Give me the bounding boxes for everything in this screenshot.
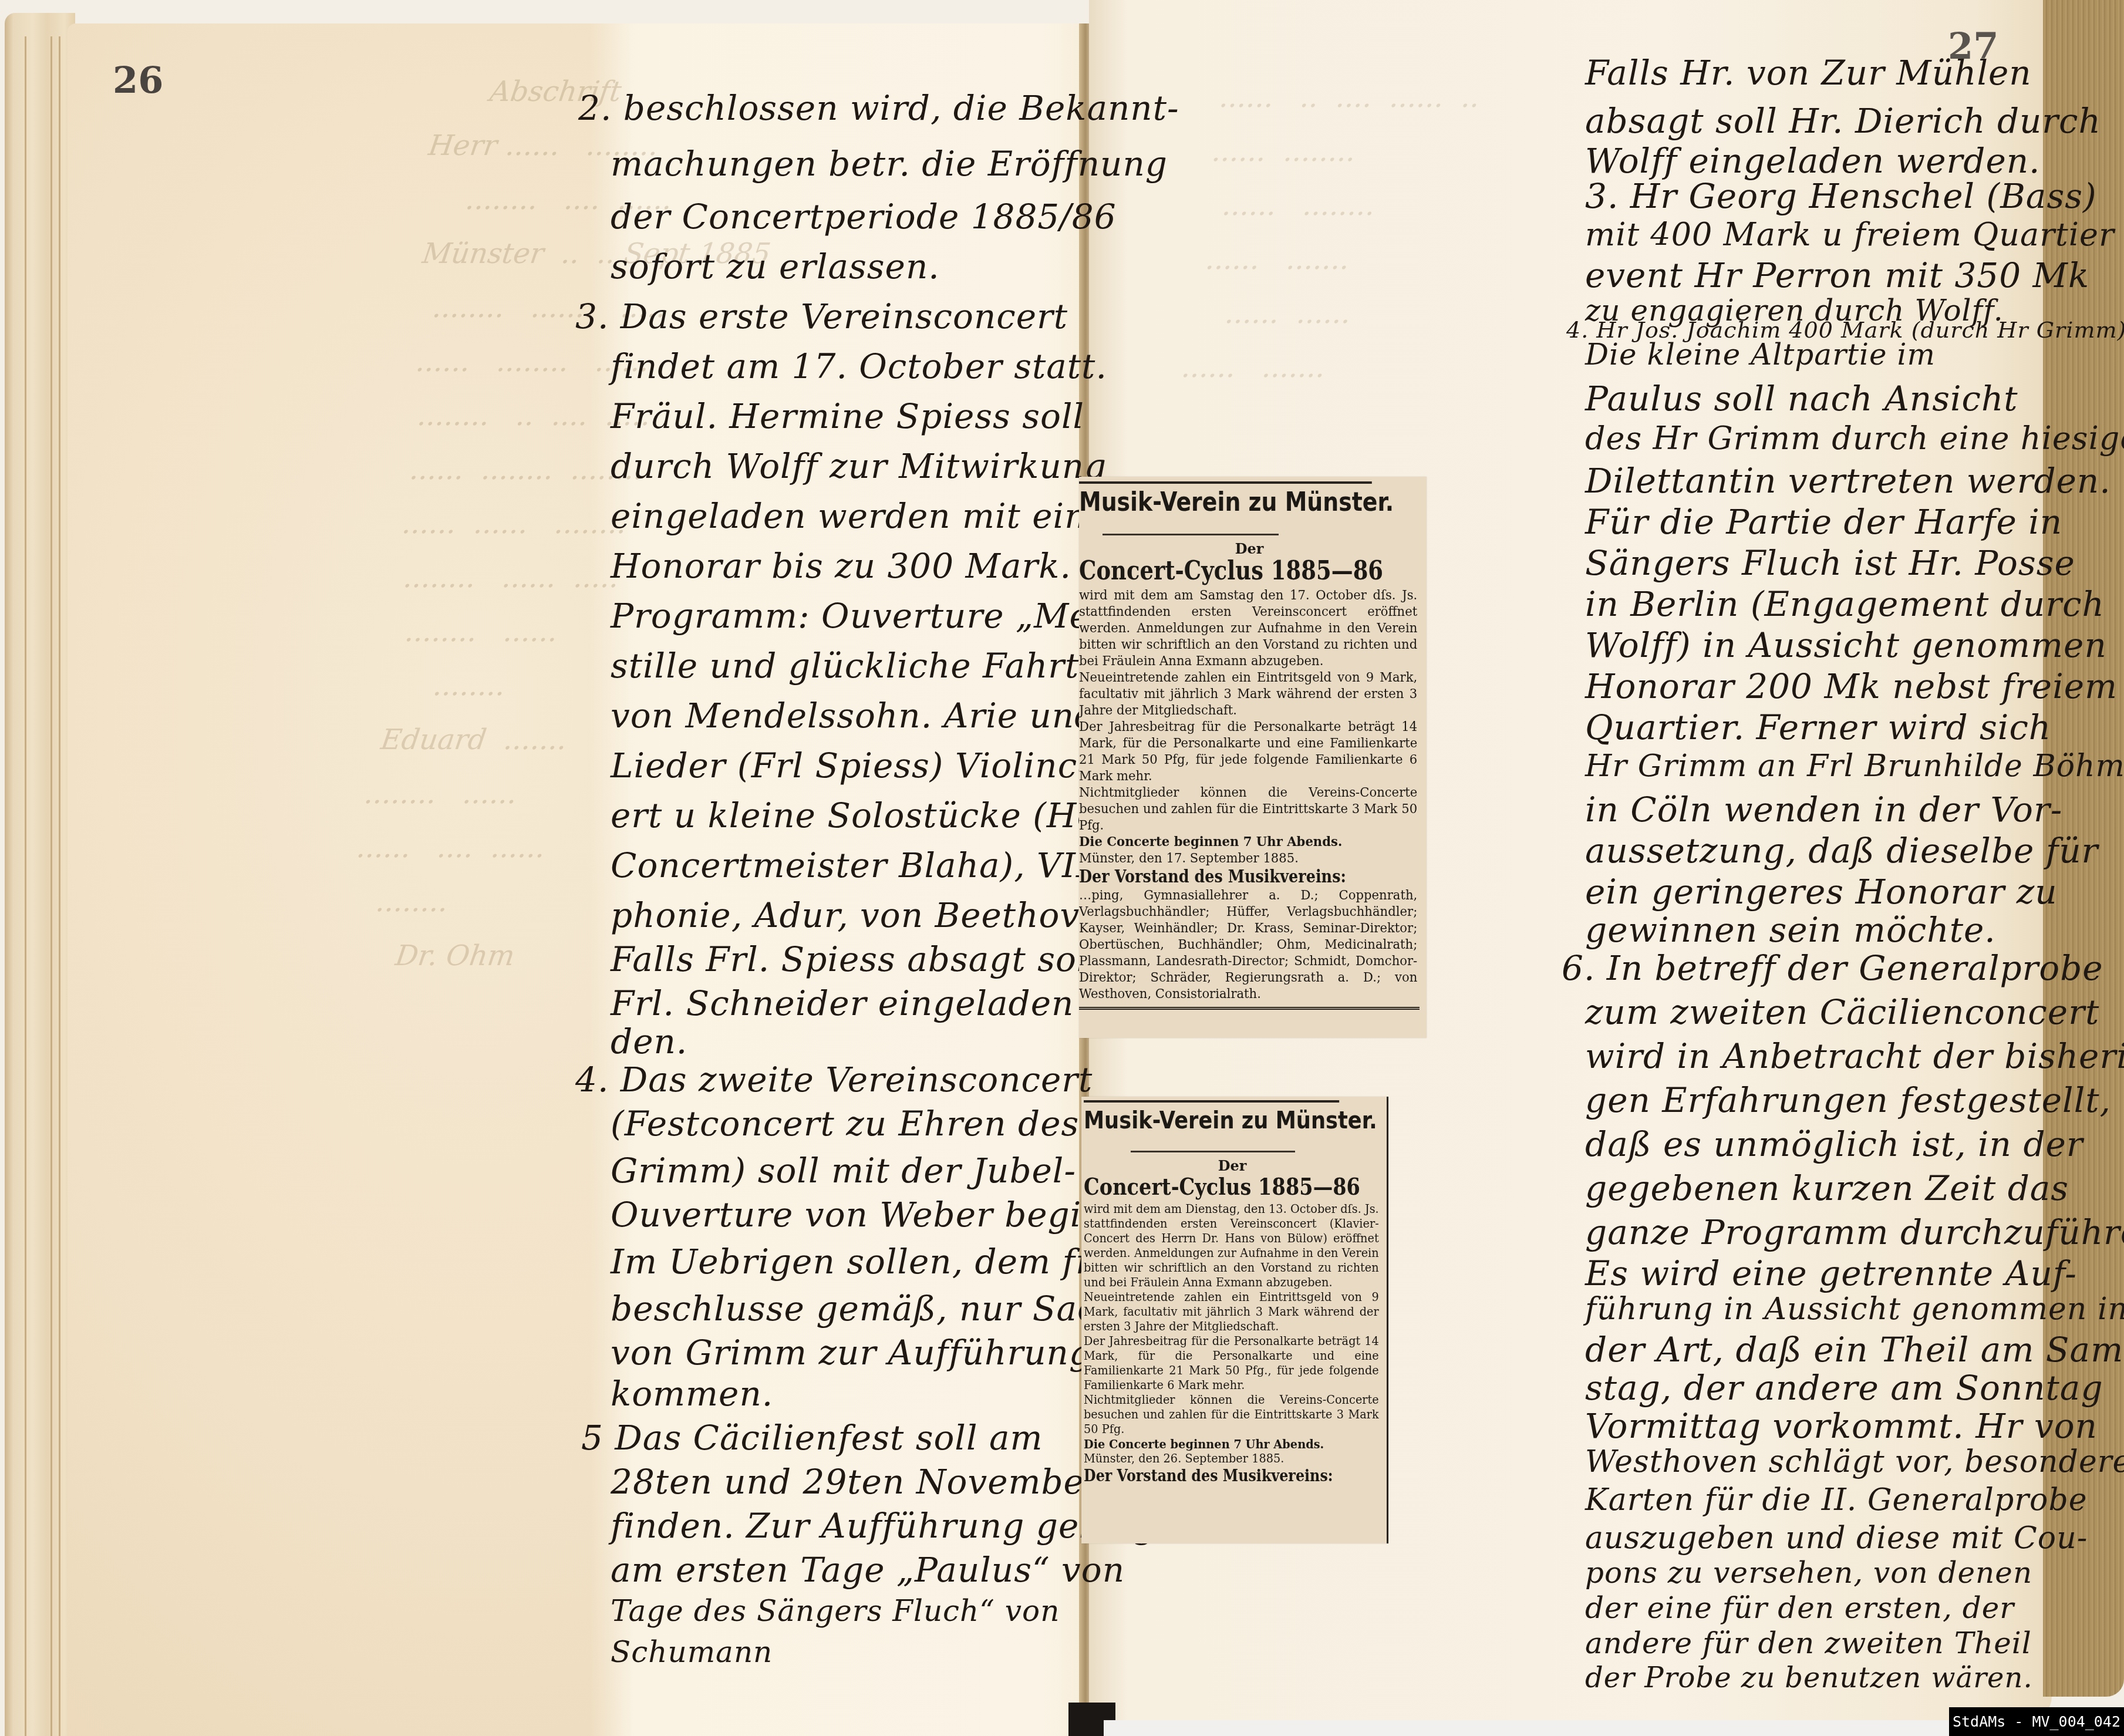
handwritten-line: kommen.: [611, 1374, 773, 1414]
handwritten-line: gewinnen sein möchte.: [1585, 910, 1996, 950]
clipping-paragraph: Nichtmitglieder können die Vereins-Conce…: [1079, 784, 1417, 834]
handwritten-line: beschlusse gemäß, nur Sachen: [611, 1289, 1163, 1329]
handwritten-line: von Grimm zur Aufführung: [611, 1333, 1091, 1373]
handwritten-line: 4. Das zweite Vereinsconcert: [575, 1060, 1093, 1100]
handwritten-line: Wolff eingeladen werden.: [1585, 141, 2041, 181]
handwritten-line: Quartier. Ferner wird sich: [1585, 707, 2051, 747]
handwritten-line: Grimm) soll mit der Jubel-: [611, 1151, 1076, 1191]
handwritten-line: Fräul. Hermine Spiess soll: [611, 396, 1084, 436]
clipping-paragraph: Neueintretende zahlen ein Eintrittsgeld …: [1084, 1290, 1379, 1334]
clipping-der: Der: [1079, 540, 1420, 557]
handwritten-line: am ersten Tage „Paulus“ von: [611, 1550, 1125, 1590]
clipping-paragraph: wird mit dem am Dienstag, den 13. Octobe…: [1084, 1202, 1379, 1290]
clipping-paragraph: Die Concerte beginnen 7 Uhr Abends.: [1084, 1437, 1379, 1451]
clipping-paragraph: Der Jahresbeitrag für die Personalkarte …: [1079, 719, 1417, 784]
handwritten-line: mit 400 Mark u freiem Quartier: [1585, 216, 2115, 253]
handwritten-line: Für die Partie der Harfe in: [1585, 502, 2062, 542]
clipping-paragraph: wird mit dem am Samstag den 17. October …: [1079, 587, 1417, 669]
clipping-der: Der: [1084, 1157, 1381, 1174]
handwritten-line: Wolff) in Aussicht genommen: [1585, 625, 2107, 665]
clipping-date: Münster, den 26. September 1885.: [1084, 1451, 1379, 1466]
clipping-signatories: …ping, Gymnasiallehrer a. D.; Coppenrath…: [1079, 887, 1417, 1002]
handwritten-line: Paulus soll nach Ansicht: [1585, 379, 2018, 419]
handwritten-line: zum zweiten Cäcilienconcert: [1585, 992, 2099, 1032]
handwritten-line: 3. Hr Georg Henschel (Bass): [1585, 176, 2097, 216]
clipping-paragraph: Neueintretende zahlen ein Eintritsgeld v…: [1079, 669, 1417, 719]
handwritten-line: Karten für die II. Generalprobe: [1585, 1482, 2087, 1518]
handwritten-line: stag, der andere am Sonntag: [1585, 1368, 2103, 1408]
handwritten-line: Sängers Fluch ist Hr. Posse: [1585, 543, 2075, 583]
handwritten-line: absagt soll Hr. Dierich durch: [1585, 101, 2101, 141]
handwritten-line: event Hr Perron mit 350 Mk: [1585, 255, 2089, 295]
left-page-stack-edge: [5, 13, 75, 1736]
handwritten-line: aussetzung, daß dieselbe für: [1585, 831, 2098, 871]
handwritten-line: stille und glückliche Fahrt“: [611, 646, 1097, 686]
clipping-signature-head: Der Vorstand des Musikvereins:: [1084, 1466, 1336, 1485]
handwritten-line: Vormittag vorkommt. Hr von: [1585, 1406, 2098, 1446]
handwritten-line: eingeladen werden mit einem: [611, 496, 1141, 536]
handwritten-line: der Art, daß ein Theil am Sam-: [1585, 1330, 2124, 1370]
clipping-header: Musik-Verein zu Münster.: [1084, 1100, 1339, 1134]
handwritten-line: phonie, Adur, von Beethoven: [611, 895, 1123, 935]
clipping-title: Concert-Cyclus 1885—86: [1084, 1173, 1333, 1201]
handwritten-line: Es wird eine getrennte Auf-: [1585, 1253, 2077, 1293]
open-ledger-book: Abschrift Herr ...... ........ ........ …: [0, 0, 2124, 1736]
clipping-header: Musik-Verein zu Münster.: [1079, 481, 1372, 517]
handwritten-line: 3. Das erste Vereinsconcert: [575, 296, 1068, 336]
handwritten-line: Honorar bis zu 300 Mark.: [611, 546, 1071, 586]
handwritten-line: machungen betr. die Eröffnung: [611, 144, 1168, 184]
handwritten-line: findet am 17. October statt.: [611, 346, 1107, 386]
clipping-paragraph: Die Concerte beginnen 7 Uhr Abends.: [1079, 834, 1417, 850]
handwritten-line: 2. beschlossen wird, die Bekannt-: [578, 88, 1179, 128]
newspaper-clipping-1: Musik-Verein zu Münster. Der Concert-Cyc…: [1079, 477, 1427, 1038]
page-number-left: 26: [113, 59, 163, 102]
clipping-date: Münster, den 17. September 1885.: [1079, 850, 1417, 867]
handwritten-line: des Hr Grimm durch eine hiesige: [1585, 420, 2124, 457]
handwritten-line: wird in Anbetracht der bisheri-: [1585, 1036, 2124, 1076]
handwritten-line: in Berlin (Engagement durch: [1585, 584, 2105, 624]
handwritten-line: der Concertperiode 1885/86: [611, 197, 1117, 237]
handwritten-line: gegebenen kurzen Zeit das: [1585, 1168, 2069, 1208]
handwritten-line: den.: [611, 1022, 687, 1061]
handwritten-line: pons zu versehen, von denen: [1585, 1556, 2032, 1590]
ornament-divider: [1103, 525, 1279, 535]
handwritten-line: auszugeben und diese mit Cou-: [1585, 1521, 2088, 1556]
handwritten-line: von Mendelssohn. Arie und: [611, 696, 1097, 736]
handwritten-line: ein geringeres Honorar zu: [1585, 872, 2058, 912]
archive-watermark: StdAMs - MV_004_042: [1949, 1707, 2124, 1736]
handwritten-line: Die kleine Altpartie im: [1585, 338, 1936, 372]
handwritten-line: Westhoven schlägt vor, besondere: [1585, 1444, 2124, 1479]
handwritten-line: sofort zu erlassen.: [611, 247, 940, 286]
handwritten-line: 5 Das Cäcilienfest soll am: [581, 1418, 1043, 1458]
handwritten-line: Honorar 200 Mk nebst freiem: [1585, 666, 2118, 706]
handwritten-line: ganze Programm durchzuführen.: [1585, 1212, 2124, 1252]
handwritten-line: in Cöln wenden in der Vor-: [1585, 790, 2062, 830]
handwritten-line: daß es unmöglich ist, in der: [1585, 1124, 2083, 1164]
handwritten-line: andere für den zweiten Theil: [1585, 1626, 2032, 1660]
handwritten-line: Lieder (Frl Spiess) Violinconc-: [611, 746, 1153, 786]
clipping-paragraph: Der Jahresbeitrag für die Personalkarte …: [1084, 1334, 1379, 1393]
handwritten-line: gen Erfahrungen festgestellt,: [1585, 1080, 2111, 1120]
handwritten-line: Dilettantin vertreten werden.: [1585, 461, 2111, 501]
ornament-divider: [1131, 1142, 1295, 1152]
newspaper-clipping-2: Musik-Verein zu Münster. Der Concert-Cyc…: [1081, 1097, 1388, 1543]
handwritten-line: durch Wolff zur Mitwirkung: [611, 446, 1107, 486]
handwritten-line: der eine für den ersten, der: [1585, 1591, 2014, 1625]
handwritten-line: Tage des Sängers Fluch“ von: [611, 1594, 1060, 1628]
handwritten-line: Schumann: [611, 1635, 773, 1669]
clipping-bottom-rule: [1079, 1007, 1420, 1010]
handwritten-line: Hr Grimm an Frl Brunhilde Böhmel: [1585, 749, 2124, 784]
handwritten-line: 6. In betreff der Generalprobe: [1562, 948, 2103, 988]
clipping-signature-head: Der Vorstand des Musikvereins:: [1079, 867, 1368, 887]
handwritten-line: ert u kleine Solostücke (Herr: [611, 795, 1131, 835]
handwritten-line: Falls Hr. von Zur Mühlen: [1585, 53, 2032, 93]
clipping-paragraph: Nichtmitglieder können die Vereins-Conce…: [1084, 1393, 1379, 1437]
clipping-title: Concert-Cyclus 1885—86: [1079, 556, 1365, 586]
handwritten-line: Falls Frl. Spiess absagt soll: [611, 939, 1100, 979]
handwritten-line: führung in Aussicht genommen in: [1585, 1292, 2124, 1327]
handwritten-line: der Probe zu benutzen wären.: [1585, 1661, 2033, 1694]
